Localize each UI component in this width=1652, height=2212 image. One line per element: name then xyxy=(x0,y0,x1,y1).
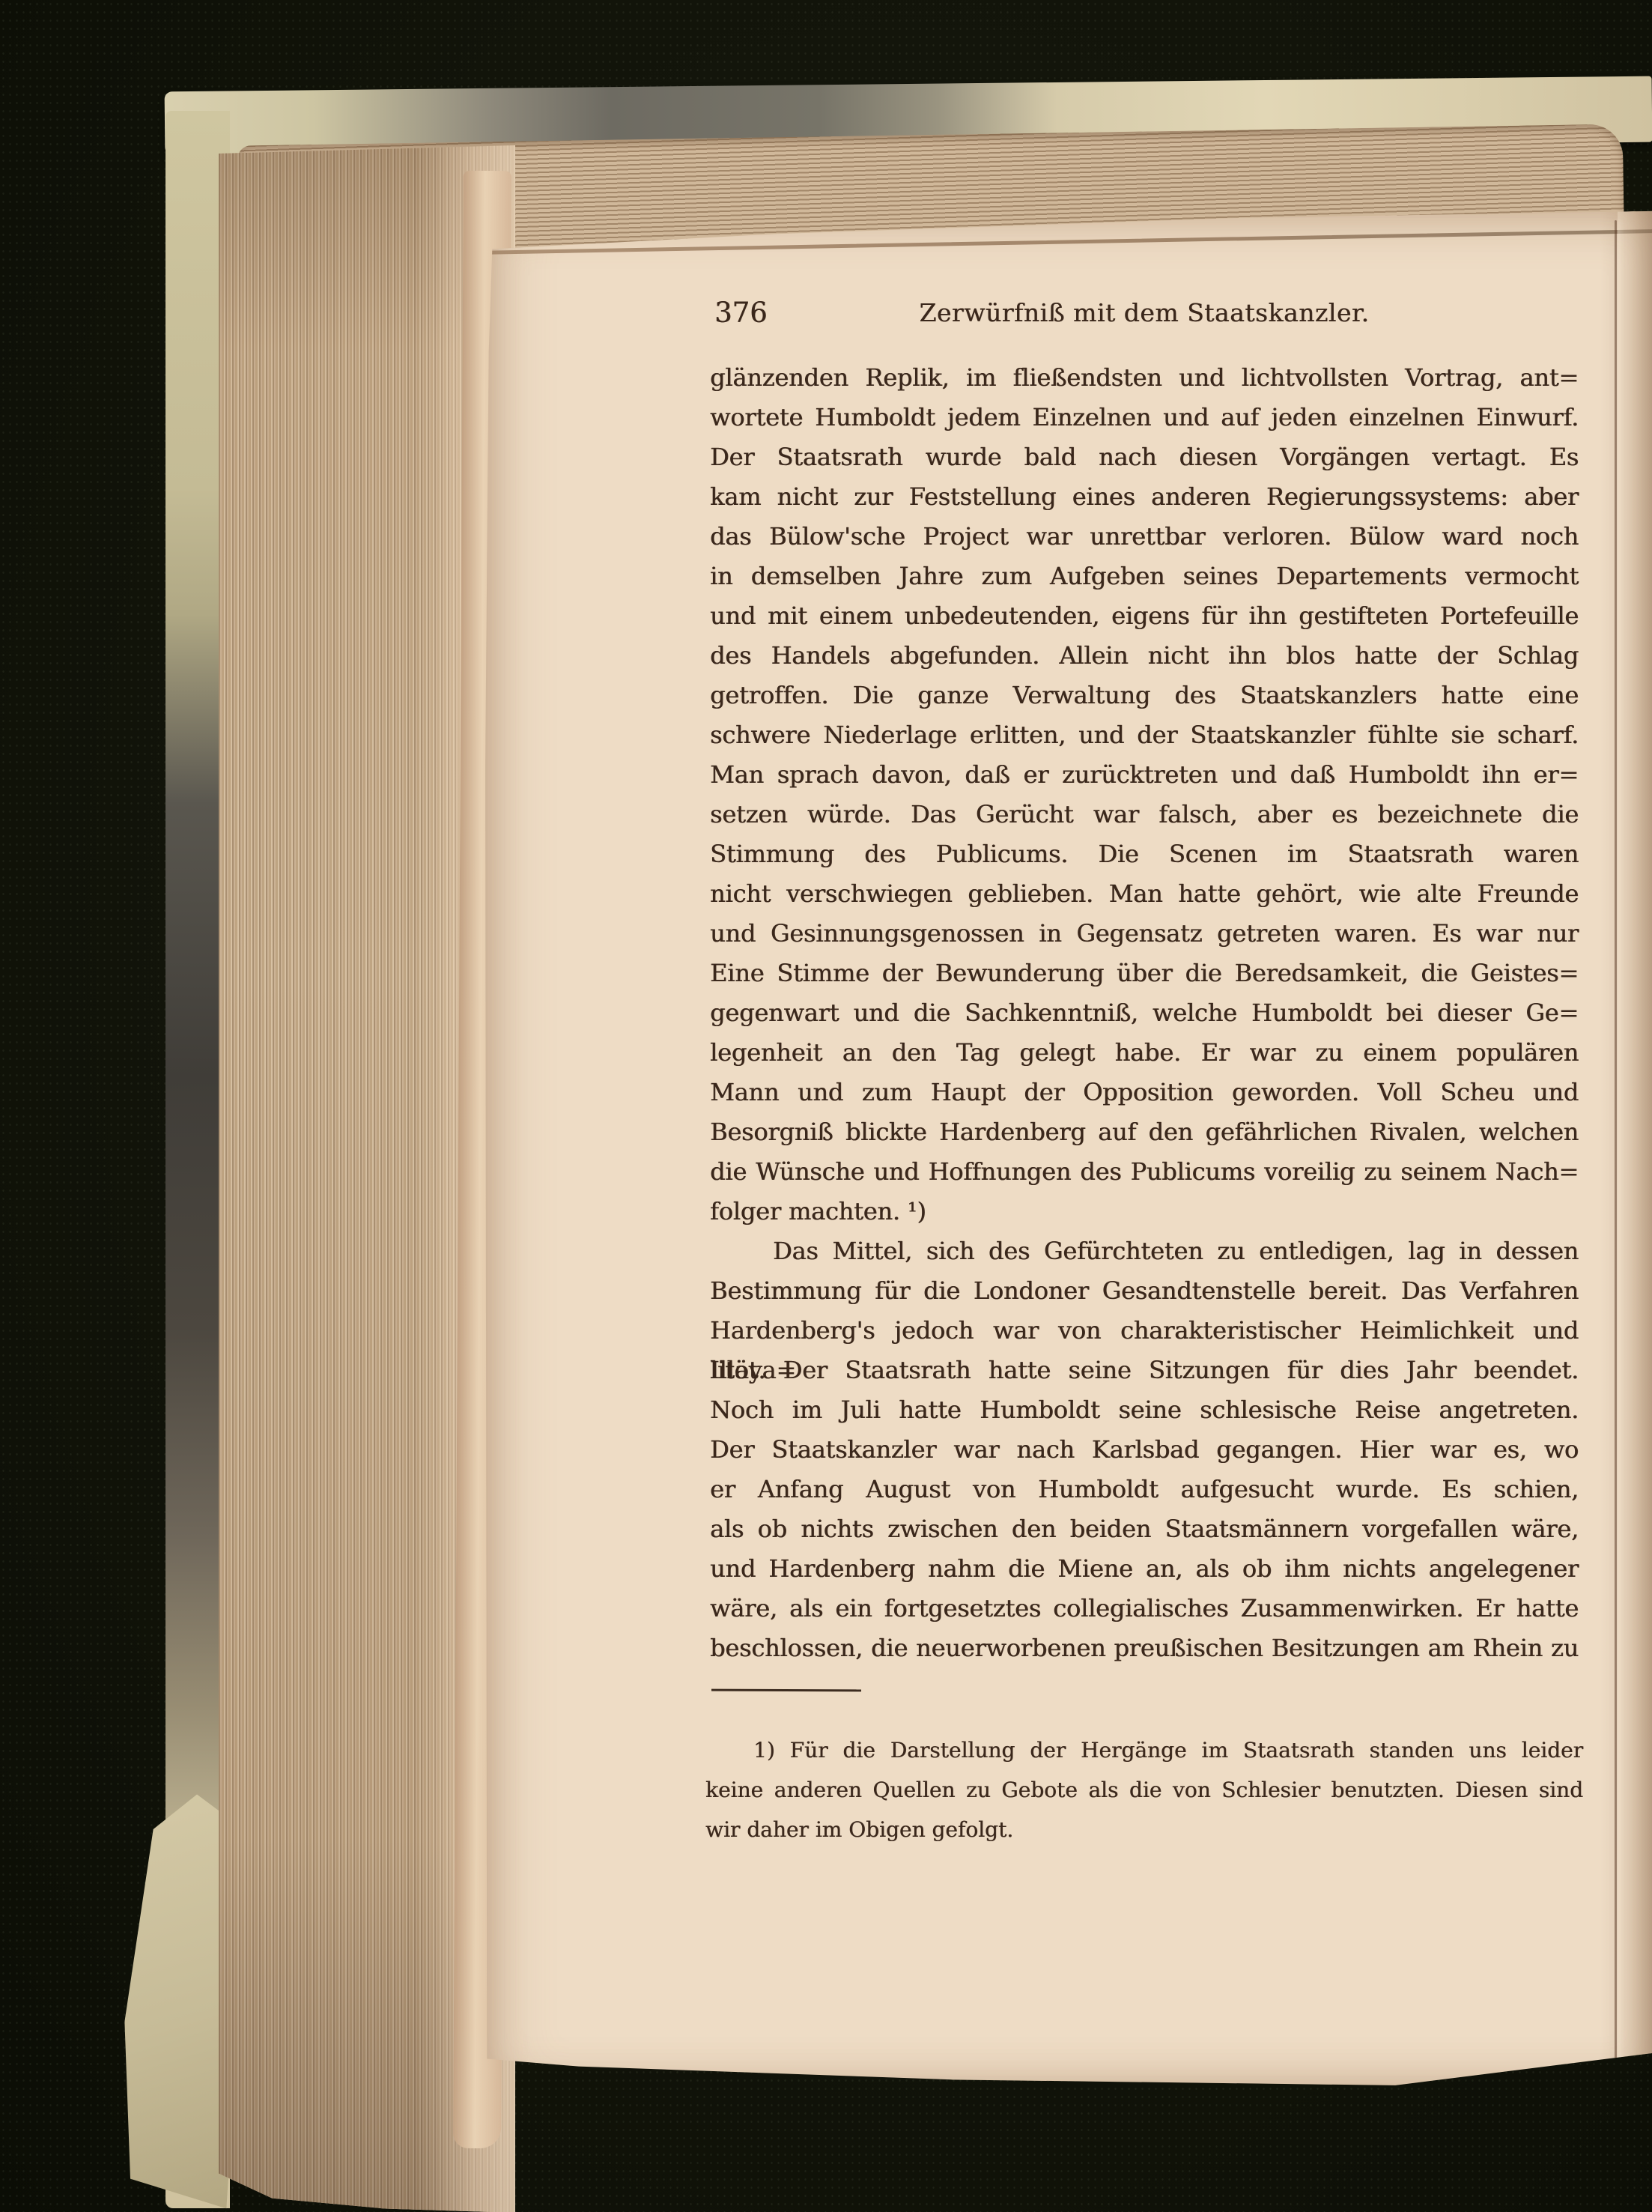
body-text: glänzenden Replik, im fließendsten und l… xyxy=(710,358,1579,1668)
body-text-line: Eine Stimme der Bewunderung über die Ber… xyxy=(710,954,1579,993)
body-text-line: lität. Der Staatsrath hatte seine Sitzun… xyxy=(710,1351,1579,1390)
facing-page-sliver xyxy=(1618,201,1652,2093)
footnote-text: 1) Für die Darstellung der Hergänge im S… xyxy=(705,1730,1583,1849)
body-text-line: Noch im Juli hatte Humboldt seine schles… xyxy=(710,1390,1579,1430)
body-text-line: wäre, als ein fortgesetztes collegialisc… xyxy=(710,1589,1579,1628)
running-title: Zerwürfniß mit dem Staatskanzler. xyxy=(710,296,1579,330)
body-text-line: als ob nichts zwischen den beiden Staats… xyxy=(710,1509,1579,1549)
body-text-line: Das Mittel, sich des Gefürchteten zu ent… xyxy=(710,1231,1579,1271)
body-text-line: getroffen. Die ganze Verwaltung des Staa… xyxy=(710,676,1579,715)
body-text-line: und Gesinnungsgenossen in Gegensatz getr… xyxy=(710,914,1579,954)
body-text-line: in demselben Jahre zum Aufgeben seines D… xyxy=(710,557,1579,596)
body-text-line: glänzenden Replik, im fließendsten und l… xyxy=(710,358,1579,398)
body-text-line: Der Staatskanzler war nach Karlsbad gega… xyxy=(710,1430,1579,1470)
body-text-line: nicht verschwiegen geblieben. Man hatte … xyxy=(710,874,1579,914)
body-text-line: Besorgniß blickte Hardenberg auf den gef… xyxy=(710,1112,1579,1152)
body-text-line: legenheit an den Tag gelegt habe. Er war… xyxy=(710,1033,1579,1073)
footnote-line: 1) Für die Darstellung der Hergänge im S… xyxy=(705,1730,1583,1770)
body-text-line: kam nicht zur Feststellung eines anderen… xyxy=(710,477,1579,517)
body-text-line: schwere Niederlage erlitten, und der Sta… xyxy=(710,715,1579,755)
body-text-line: beschlossen, die neuerworbenen preußisch… xyxy=(710,1628,1579,1668)
body-text-line: Man sprach davon, daß er zurücktreten un… xyxy=(710,755,1579,795)
body-text-line: des Handels abgefunden. Allein nicht ihn… xyxy=(710,636,1579,676)
footnote-line: keine anderen Quellen zu Gebote als die … xyxy=(705,1770,1583,1810)
body-text-line: er Anfang August von Humboldt aufgesucht… xyxy=(710,1470,1579,1509)
footnote-separator-rule xyxy=(711,1689,861,1692)
page-number: 376 xyxy=(714,296,768,330)
body-text-line: und Hardenberg nahm die Miene an, als ob… xyxy=(710,1549,1579,1589)
photographed-book-scene: 376 Zerwürfniß mit dem Staatskanzler. gl… xyxy=(0,0,1652,2212)
book-page: 376 Zerwürfniß mit dem Staatskanzler. gl… xyxy=(485,201,1652,2093)
body-text-line: das Bülow'sche Project war unrettbar ver… xyxy=(710,517,1579,557)
body-text-line: Mann und zum Haupt der Opposition geword… xyxy=(710,1073,1579,1112)
body-text-line: setzen würde. Das Gerücht war falsch, ab… xyxy=(710,795,1579,834)
body-text-line: folger machten. ¹) xyxy=(710,1192,1579,1231)
gutter-crease-line xyxy=(1615,220,1617,2063)
body-text-line: wortete Humboldt jedem Einzelnen und auf… xyxy=(710,398,1579,437)
footnote-line: wir daher im Obigen gefolgt. xyxy=(705,1810,1583,1849)
body-text-line: die Wünsche und Hoffnungen des Publicums… xyxy=(710,1152,1579,1192)
body-text-line: Der Staatsrath wurde bald nach diesen Vo… xyxy=(710,437,1579,477)
body-text-line: gegenwart und die Sachkenntniß, welche H… xyxy=(710,993,1579,1033)
page-header: 376 Zerwürfniß mit dem Staatskanzler. xyxy=(710,296,1579,333)
body-text-line: Bestimmung für die Londoner Gesandtenste… xyxy=(710,1271,1579,1311)
body-text-line: und mit einem unbedeutenden, eigens für … xyxy=(710,596,1579,636)
body-text-line: Stimmung des Publicums. Die Scenen im St… xyxy=(710,834,1579,874)
body-text-line: Hardenberg's jedoch war von charakterist… xyxy=(710,1311,1579,1351)
